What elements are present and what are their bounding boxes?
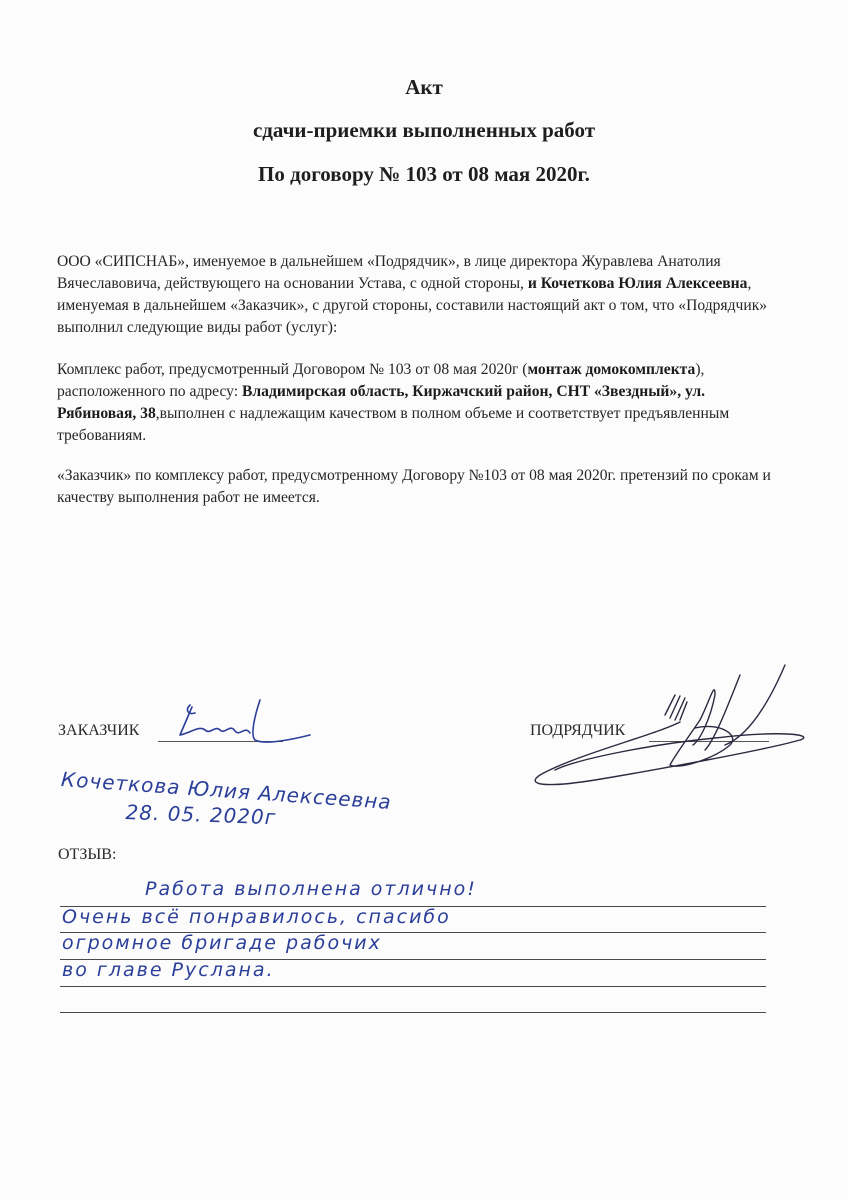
review-rule-4 <box>60 986 766 987</box>
claims-paragraph: «Заказчик» по комплексу работ, предусмот… <box>57 465 787 509</box>
customer-name-bold: и Кочеткова Юлия Алексеевна <box>528 275 748 292</box>
customer-handwritten-date: 28. 05. 2020г <box>125 800 276 829</box>
document-page: Акт сдачи-приемки выполненных работ По д… <box>0 0 848 1200</box>
works-type-bold: монтаж домокомплекта <box>527 361 695 378</box>
review-label: ОТЗЫВ: <box>58 846 116 864</box>
review-line-text-4: во главе Руслана. <box>62 959 275 981</box>
works-text-1: Комплекс работ, предусмотренный Договоро… <box>57 361 527 378</box>
review-line-text-2: Очень всё понравилось, спасибо <box>62 906 451 928</box>
review-rule-5 <box>60 1012 766 1013</box>
review-line-text-3: огромное бригаде рабочих <box>62 932 382 954</box>
contract-reference: По договору № 103 от 08 мая 2020г. <box>0 162 848 187</box>
document-title: Акт <box>0 75 848 100</box>
document-subtitle: сдачи-приемки выполненных работ <box>0 118 848 143</box>
parties-paragraph: ООО «СИПСНАБ», именуемое в дальнейшем «П… <box>57 251 787 339</box>
review-line-text-1: Работа выполнена отлично! <box>145 878 477 900</box>
contractor-signature-icon <box>515 660 805 800</box>
customer-signature-icon <box>160 695 320 750</box>
works-paragraph: Комплекс работ, предусмотренный Договоро… <box>57 359 787 447</box>
works-text-3: ,выполнен с надлежащим качеством в полно… <box>57 405 729 444</box>
customer-label: ЗАКАЗЧИК <box>58 722 139 740</box>
